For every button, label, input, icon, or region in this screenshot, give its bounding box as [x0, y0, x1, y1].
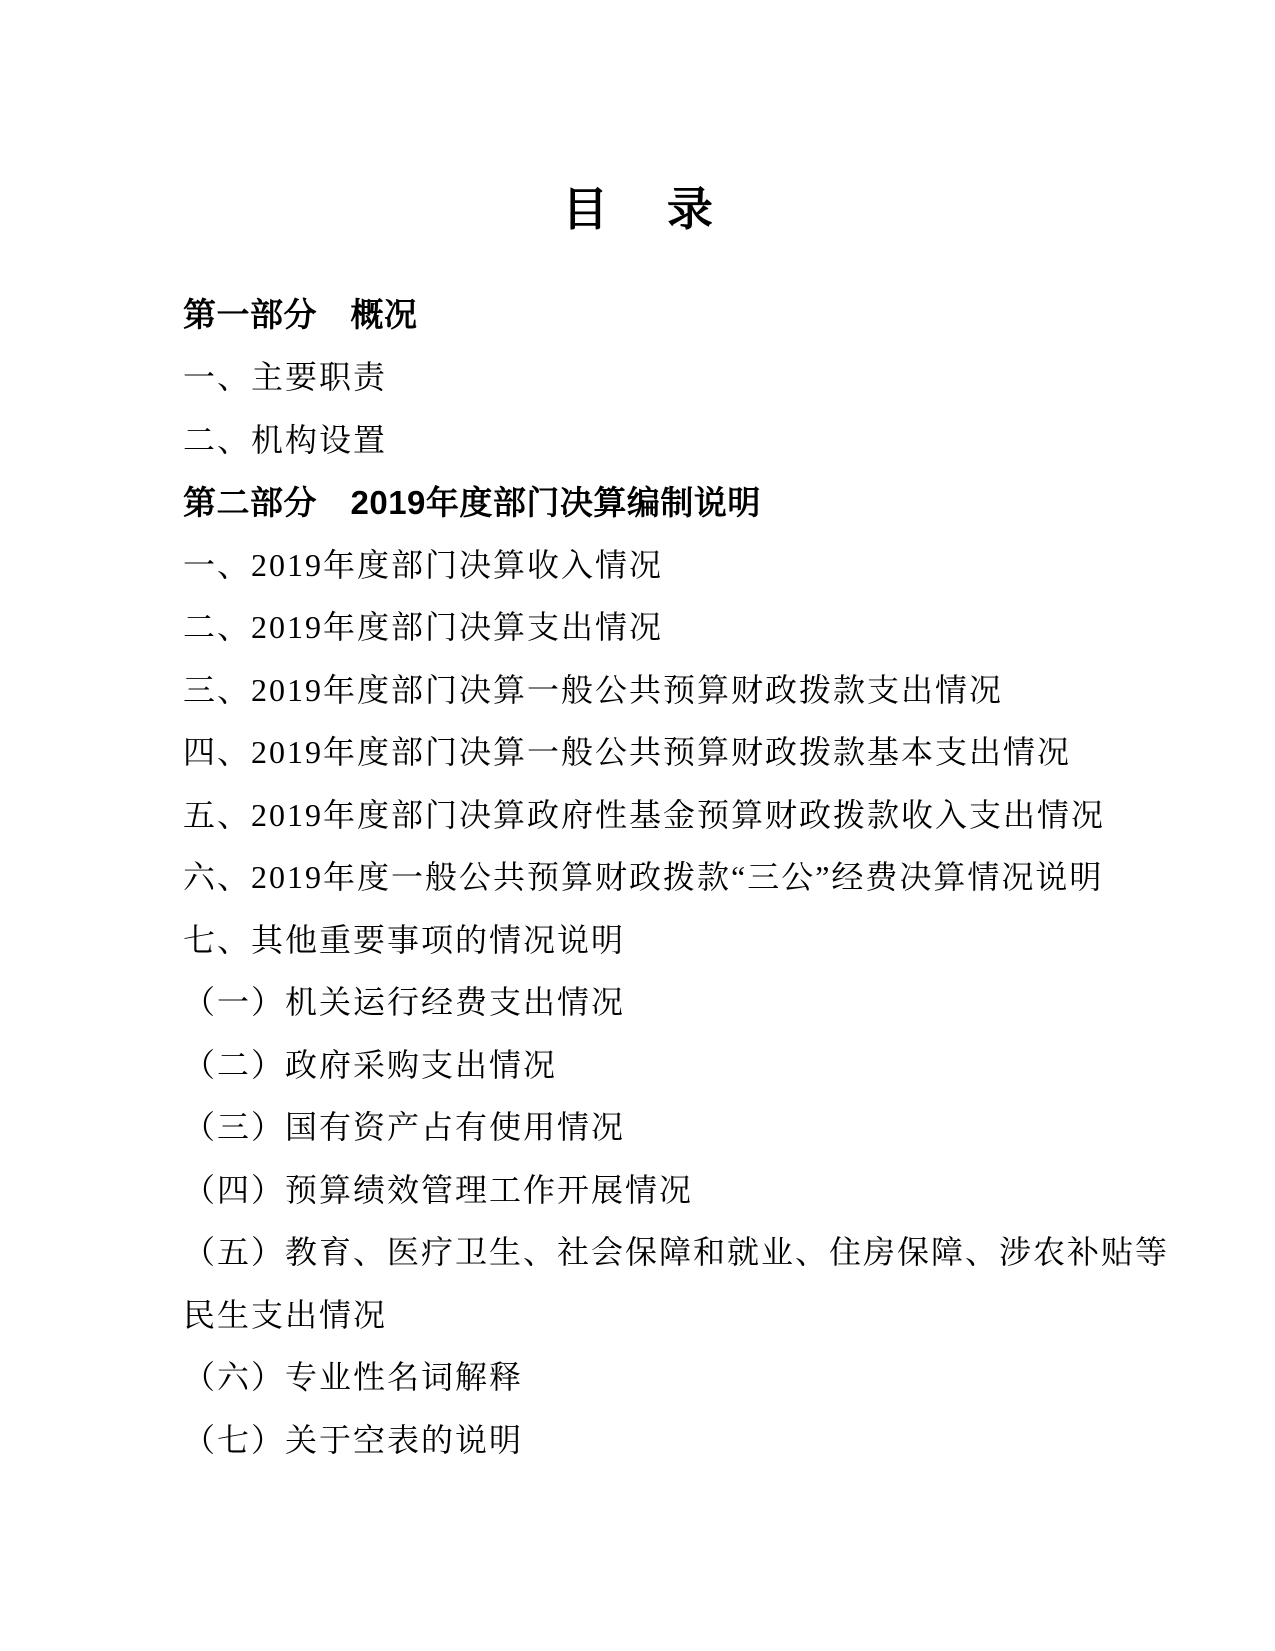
- part2-item-2: 二、2019年度部门决算支出情况: [183, 602, 663, 648]
- toc-line: 三、2019年度部门决算一般公共预算财政拨款支出情况: [0, 657, 1275, 720]
- part2-subitem-3: （三）国有资产占有使用情况: [183, 1102, 625, 1148]
- part2-item-6: 六、2019年度一般公共预算财政拨款“三公”经费决算情况说明: [183, 852, 1103, 898]
- toc-line: 五、2019年度部门决算政府性基金预算财政拨款收入支出情况: [0, 782, 1275, 845]
- part2-subitem-5: （五）教育、医疗卫生、社会保障和就业、住房保障、涉农补贴等: [183, 1227, 1169, 1273]
- part2-item-1: 一、2019年度部门决算收入情况: [183, 540, 663, 586]
- part2-subitem-6: （六）专业性名词解释: [183, 1352, 523, 1398]
- part2-subitem-7: （七）关于空表的说明: [183, 1415, 523, 1461]
- toc-line: 六、2019年度一般公共预算财政拨款“三公”经费决算情况说明: [0, 844, 1275, 907]
- toc-line: 二、2019年度部门决算支出情况: [0, 594, 1275, 657]
- part2-item-5: 五、2019年度部门决算政府性基金预算财政拨款收入支出情况: [183, 790, 1105, 836]
- toc-line: （七）关于空表的说明: [0, 1407, 1275, 1470]
- part2-subitem-2: （二）政府采购支出情况: [183, 1040, 557, 1086]
- toc-line: 第一部分 概况: [0, 282, 1275, 345]
- toc-line: （四）预算绩效管理工作开展情况: [0, 1157, 1275, 1220]
- document-page: 目 录 第一部分 概况 一、主要职责 二、机构设置 第二部分 2019年度部门决…: [0, 0, 1275, 1651]
- toc-line: 一、主要职责: [0, 344, 1275, 407]
- toc-line: 一、2019年度部门决算收入情况: [0, 532, 1275, 595]
- part1-heading: 第一部分 概况: [183, 289, 418, 336]
- toc-line: 四、2019年度部门决算一般公共预算财政拨款基本支出情况: [0, 719, 1275, 782]
- part2-subitem-4: （四）预算绩效管理工作开展情况: [183, 1165, 693, 1211]
- toc-line: （三）国有资产占有使用情况: [0, 1094, 1275, 1157]
- toc-line: （五）教育、医疗卫生、社会保障和就业、住房保障、涉农补贴等: [0, 1219, 1275, 1282]
- part2-subitem-5-continuation: 民生支出情况: [183, 1290, 387, 1336]
- table-of-contents: 第一部分 概况 一、主要职责 二、机构设置 第二部分 2019年度部门决算编制说…: [0, 282, 1275, 1470]
- toc-line: 民生支出情况: [0, 1282, 1275, 1345]
- document-title: 目 录: [0, 31, 1275, 251]
- part1-item-1: 一、主要职责: [183, 352, 387, 398]
- toc-line: 七、其他重要事项的情况说明: [0, 907, 1275, 970]
- part2-item-4: 四、2019年度部门决算一般公共预算财政拨款基本支出情况: [183, 727, 1071, 773]
- part2-subitem-1: （一）机关运行经费支出情况: [183, 977, 625, 1023]
- toc-line: （六）专业性名词解释: [0, 1344, 1275, 1407]
- part2-heading: 第二部分 2019年度部门决算编制说明: [183, 477, 761, 524]
- toc-line: （一）机关运行经费支出情况: [0, 969, 1275, 1032]
- part2-item-7: 七、其他重要事项的情况说明: [183, 915, 625, 961]
- toc-line: 二、机构设置: [0, 407, 1275, 470]
- toc-line: 第二部分 2019年度部门决算编制说明: [0, 469, 1275, 532]
- toc-line: （二）政府采购支出情况: [0, 1032, 1275, 1095]
- part1-item-2: 二、机构设置: [183, 415, 387, 461]
- part2-item-3: 三、2019年度部门决算一般公共预算财政拨款支出情况: [183, 665, 1003, 711]
